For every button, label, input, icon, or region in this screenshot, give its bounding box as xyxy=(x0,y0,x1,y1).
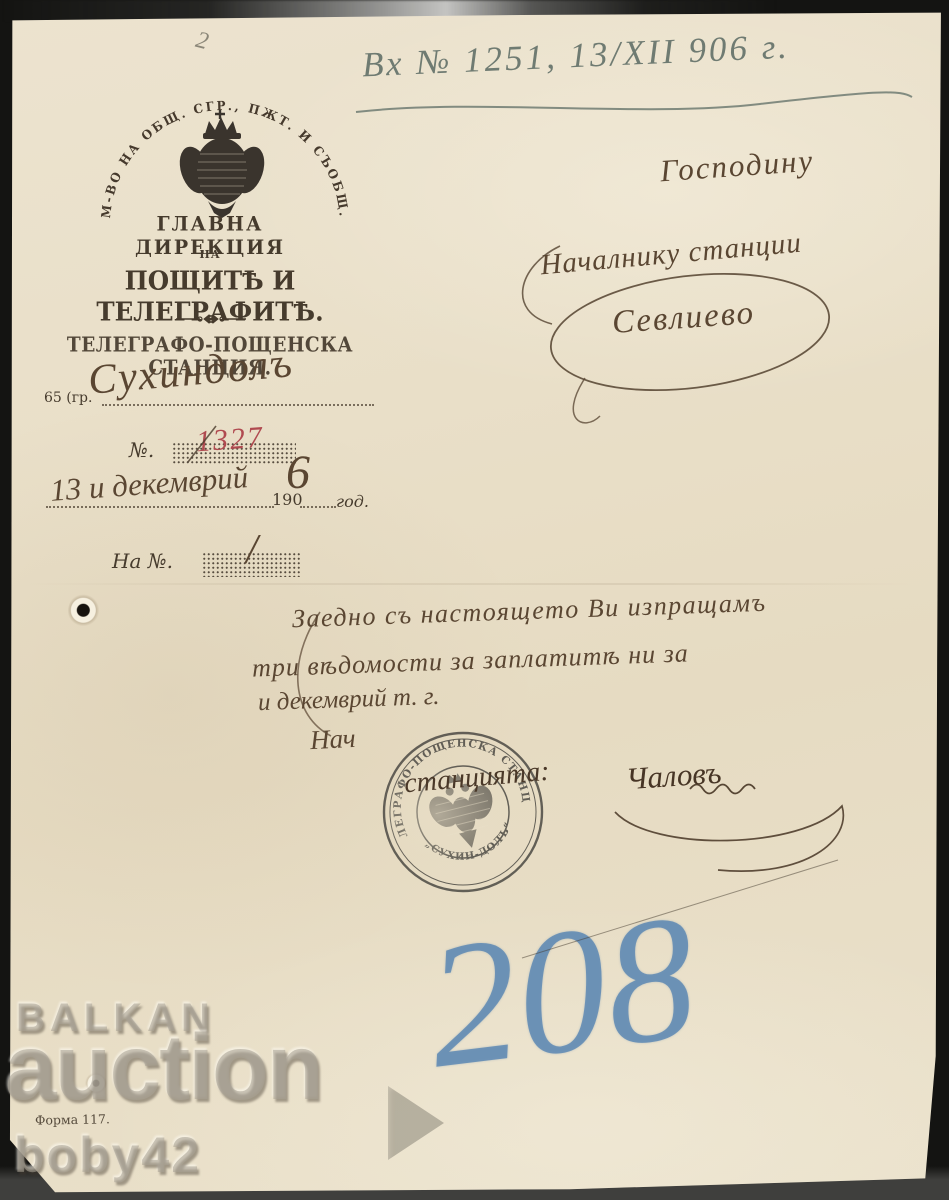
date-dotted-line xyxy=(46,506,274,508)
divider-ornament xyxy=(176,313,246,325)
city-dotted-line xyxy=(102,404,374,406)
city-line-prefix: 65 (гр. xyxy=(44,390,92,406)
svg-text:М-ВО НА ОБЩ. СГР., ПЖТ. И СЪОБ: М-ВО НА ОБЩ. СГР., ПЖТ. И СЪОБЩ. xyxy=(98,98,352,219)
signature: Чаловъ xyxy=(625,755,723,798)
paper-crease xyxy=(24,583,914,585)
signoff-prefix: Нач xyxy=(309,723,356,756)
letterhead-na: НА xyxy=(90,248,330,261)
watermark-boby42: boby42 xyxy=(14,1126,201,1184)
number-value: 1327 xyxy=(195,421,265,460)
date-suffix: год. xyxy=(336,492,369,511)
date-value-year: 6 xyxy=(286,445,310,500)
date-dotted-line-2 xyxy=(300,506,336,508)
punch-hole xyxy=(68,592,102,630)
ref-value: / xyxy=(246,526,258,574)
blue-number: 208 xyxy=(416,872,706,1109)
number-label: №. xyxy=(129,438,154,462)
ref-label: На №. xyxy=(112,549,173,573)
emblem-arc-text: М-ВО НА ОБЩ. СГР., ПЖТ. И СЪОБЩ. xyxy=(98,98,352,219)
watermark-auction: auction xyxy=(5,1014,322,1121)
auction-photo: 2 Вх № 1251, 13/XII 906 г. М-ВО НА ОБЩ. … xyxy=(0,0,949,1200)
